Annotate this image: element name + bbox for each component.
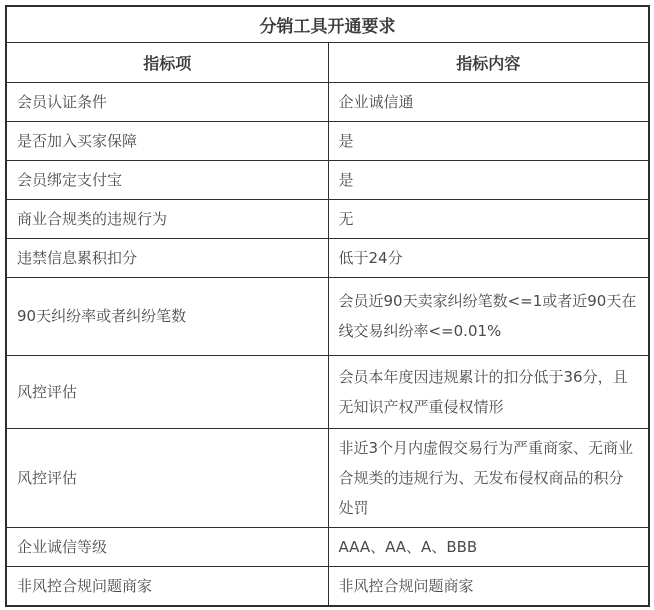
- row-item-cell: 风控评估: [6, 355, 328, 428]
- table-row: 90天纠纷率或者纠纷笔数 会员近90天卖家纠纷笔数<=1或者近90天在线交易纠纷…: [6, 277, 649, 355]
- row-content-cell: 会员本年度因违规累计的扣分低于36分，且无知识产权严重侵权情形: [328, 355, 649, 428]
- requirements-table: 分销工具开通要求 指标项 指标内容 会员认证条件 企业诚信通 是否加入买家保障 …: [5, 5, 650, 607]
- table-row: 非风控合规问题商家 非风控合规问题商家: [6, 566, 649, 606]
- row-item-cell: 非风控合规问题商家: [6, 566, 328, 606]
- table-title: 分销工具开通要求: [6, 6, 649, 42]
- row-item-cell: 违禁信息累积扣分: [6, 238, 328, 277]
- row-item-cell: 是否加入买家保障: [6, 121, 328, 160]
- row-item-cell: 90天纠纷率或者纠纷笔数: [6, 277, 328, 355]
- row-item-cell: 商业合规类的违规行为: [6, 199, 328, 238]
- table-row: 会员绑定支付宝 是: [6, 160, 649, 199]
- row-item-cell: 会员认证条件: [6, 82, 328, 121]
- table-row: 风控评估 会员本年度因违规累计的扣分低于36分，且无知识产权严重侵权情形: [6, 355, 649, 428]
- row-content-cell: 是: [328, 121, 649, 160]
- table-header-row: 指标项 指标内容: [6, 42, 649, 82]
- table-title-row: 分销工具开通要求: [6, 6, 649, 42]
- table-row: 商业合规类的违规行为 无: [6, 199, 649, 238]
- table-row: 会员认证条件 企业诚信通: [6, 82, 649, 121]
- row-item-cell: 风控评估: [6, 428, 328, 527]
- row-content-cell: AAA、AA、A、BBB: [328, 527, 649, 566]
- column-header-content: 指标内容: [328, 42, 649, 82]
- row-item-cell: 企业诚信等级: [6, 527, 328, 566]
- row-content-cell: 低于24分: [328, 238, 649, 277]
- requirements-table-container: 分销工具开通要求 指标项 指标内容 会员认证条件 企业诚信通 是否加入买家保障 …: [5, 5, 648, 607]
- column-header-item: 指标项: [6, 42, 328, 82]
- table-row: 企业诚信等级 AAA、AA、A、BBB: [6, 527, 649, 566]
- row-content-cell: 会员近90天卖家纠纷笔数<=1或者近90天在线交易纠纷率<=0.01%: [328, 277, 649, 355]
- row-content-cell: 是: [328, 160, 649, 199]
- row-content-cell: 非近3个月内虚假交易行为严重商家、无商业合规类的违规行为、无发布侵权商品的积分处…: [328, 428, 649, 527]
- row-item-cell: 会员绑定支付宝: [6, 160, 328, 199]
- row-content-cell: 企业诚信通: [328, 82, 649, 121]
- row-content-cell: 非风控合规问题商家: [328, 566, 649, 606]
- table-row: 是否加入买家保障 是: [6, 121, 649, 160]
- row-content-cell: 无: [328, 199, 649, 238]
- table-row: 违禁信息累积扣分 低于24分: [6, 238, 649, 277]
- table-row: 风控评估 非近3个月内虚假交易行为严重商家、无商业合规类的违规行为、无发布侵权商…: [6, 428, 649, 527]
